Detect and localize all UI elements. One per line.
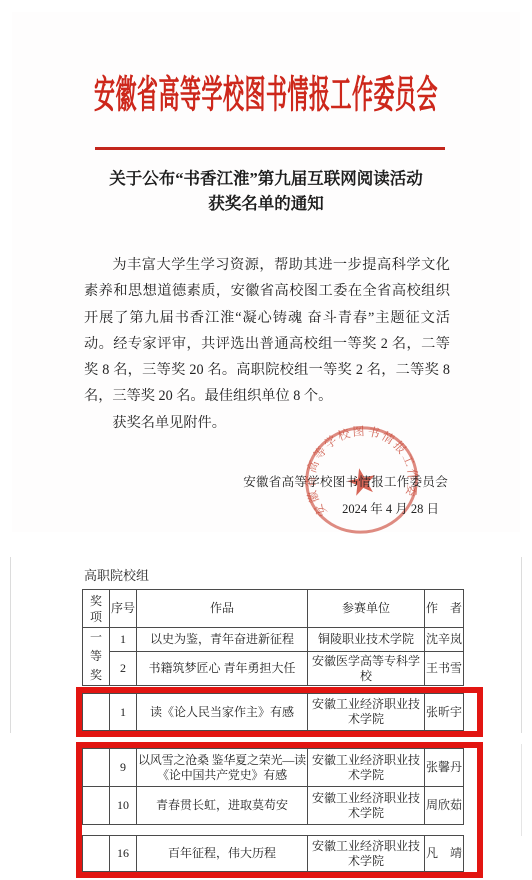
group-label: 高职院校组 (84, 565, 149, 584)
screenshot-edge-right (521, 557, 522, 733)
highlighted-table-fragment: 9 以风雪之沧桑 鉴华夏之荣光—读《论中国共产党史》有感 安徽工业经济职业技术学… (82, 748, 464, 825)
cell-unit: 安徽工业经济职业技术学院 (308, 749, 425, 787)
table-row: 9 以风雪之沧桑 鉴华夏之荣光—读《论中国共产党史》有感 安徽工业经济职业技术学… (83, 749, 464, 787)
table-row: 2 书籍筑梦匠心 青年勇担大任 安徽医学高等专科学校 王书雪 (83, 652, 464, 686)
notice-paragraph: 为丰富大学生学习资源，帮助其进一步提高科学文化素养和思想道德素质，安徽省高校图工… (84, 252, 450, 410)
notice-title-line2: 获奖名单的通知 (0, 191, 532, 216)
cell-author: 张昕宇 (425, 694, 464, 731)
letterhead-divider (95, 147, 445, 150)
header-author: 作 者 (425, 590, 464, 628)
cell-unit: 安徽工业经济职业技术学院 (308, 787, 425, 825)
cell-author: 周欣茹 (425, 787, 464, 825)
cell-no: 2 (110, 652, 137, 686)
highlight-box-2: 9 以风雪之沧桑 鉴华夏之荣光—读《论中国共产党史》有感 安徽工业经济职业技术学… (76, 742, 483, 878)
cell-work: 以风雪之沧桑 鉴华夏之荣光—读《论中国共产党史》有感 (137, 749, 308, 787)
fragment-gap (82, 825, 464, 835)
table-header-row: 奖项 序号 作品 参赛单位 作 者 (83, 590, 464, 628)
letterhead-title: 安徽省高等学校图书情报工作委员会 (94, 59, 438, 131)
table-row: 1 读《论人民当家作主》有感 安徽工业经济职业技术学院 张昕宇 (83, 694, 464, 731)
cell-work: 百年征程，伟大历程 (137, 836, 308, 872)
header-no: 序号 (110, 590, 137, 628)
cell-author: 沈辛岚 (425, 628, 464, 652)
highlighted-table-fragment: 16 百年征程，伟大历程 安徽工业经济职业技术学院 凡 靖 (82, 835, 464, 872)
document-page: 安徽省高等学校图书情报工作委员会 关于公布“书香江淮”第九届互联网阅读活动 获奖… (0, 0, 532, 880)
screenshot-edge-left (10, 557, 11, 733)
tier-cell-empty (83, 694, 110, 731)
highlighted-table-fragment: 1 读《论人民当家作主》有感 安徽工业经济职业技术学院 张昕宇 (82, 693, 464, 731)
awards-table: 奖项 序号 作品 参赛单位 作 者 一等奖 1 以史为鉴，青年奋进新征程 铜陵职… (82, 589, 464, 686)
signature-text: 安徽省高等学校图书情报工作委员会 (243, 472, 448, 490)
highlight-box-1: 1 读《论人民当家作主》有感 安徽工业经济职业技术学院 张昕宇 (76, 687, 483, 737)
notice-title-line1: 关于公布“书香江淮”第九届互联网阅读活动 (0, 166, 532, 191)
cell-unit: 安徽工业经济职业技术学院 (308, 694, 425, 731)
cell-author: 张馨丹 (425, 749, 464, 787)
notice-body: 为丰富大学生学习资源，帮助其进一步提高科学文化素养和思想道德素质，安徽省高校图工… (84, 252, 450, 436)
cell-no: 1 (110, 694, 137, 731)
cell-no: 1 (110, 628, 137, 652)
cell-unit: 铜陵职业技术学院 (308, 628, 425, 652)
header-unit: 参赛单位 (308, 590, 425, 628)
cell-unit: 安徽工业经济职业技术学院 (308, 836, 425, 872)
cell-author: 王书雪 (425, 652, 464, 686)
cell-no: 16 (110, 836, 137, 872)
cell-work: 读《论人民当家作主》有感 (137, 694, 308, 731)
cell-work: 书籍筑梦匠心 青年勇担大任 (137, 652, 308, 686)
cell-unit: 安徽医学高等专科学校 (308, 652, 425, 686)
date-text: 2024 年 4 月 28 日 (342, 499, 439, 517)
tier-cell-empty (83, 787, 110, 825)
notice-title: 关于公布“书香江淮”第九届互联网阅读活动 获奖名单的通知 (0, 166, 532, 216)
cell-work: 以史为鉴，青年奋进新征程 (137, 628, 308, 652)
cell-author: 凡 靖 (425, 836, 464, 872)
tier-cell: 一等奖 (83, 628, 110, 686)
tier-cell-empty (83, 749, 110, 787)
tier-cell-empty (83, 836, 110, 872)
table-row: 16 百年征程，伟大历程 安徽工业经济职业技术学院 凡 靖 (83, 836, 464, 872)
letterhead: 安徽省高等学校图书情报工作委员会 (0, 75, 532, 115)
cell-no: 10 (110, 787, 137, 825)
cell-no: 9 (110, 749, 137, 787)
table-row: 10 青春贯长虹，进取莫苟安 安徽工业经济职业技术学院 周欣茹 (83, 787, 464, 825)
cell-work: 青春贯长虹，进取莫苟安 (137, 787, 308, 825)
header-work: 作品 (137, 590, 308, 628)
screenshot-edge-right-2 (521, 744, 522, 836)
table-row: 一等奖 1 以史为鉴，青年奋进新征程 铜陵职业技术学院 沈辛岚 (83, 628, 464, 652)
header-award: 奖项 (83, 590, 110, 628)
